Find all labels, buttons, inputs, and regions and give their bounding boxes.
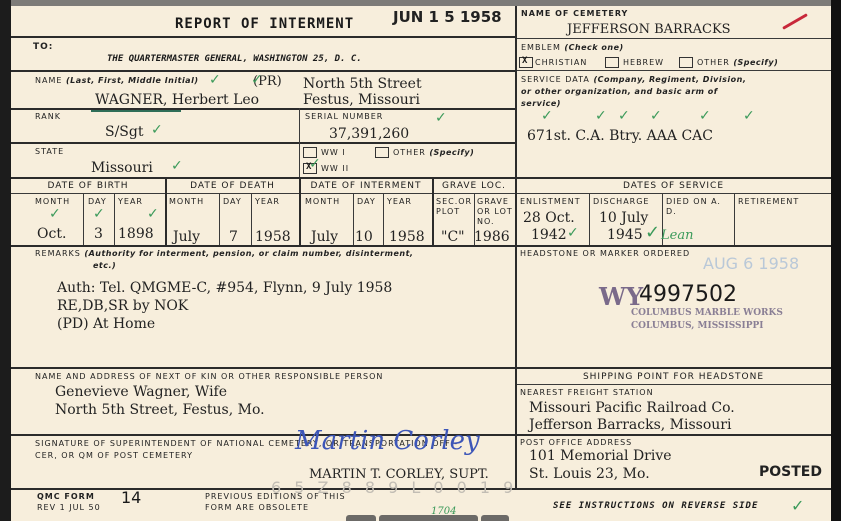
enlistment-label: ENLISTMENT bbox=[520, 197, 581, 206]
form-id-label: QMC FORM bbox=[37, 492, 95, 501]
rule bbox=[11, 36, 516, 38]
headstone-vendor-2: COLUMBUS, MISSISSIPPI bbox=[631, 321, 764, 331]
headstone-prefix-stamp: WY bbox=[599, 282, 643, 311]
month-label: MONTH bbox=[305, 197, 340, 206]
discharge-date-1: 10 July bbox=[599, 210, 648, 226]
obsolete-note-1: PREVIOUS EDITIONS OF THIS bbox=[205, 492, 346, 501]
handwritten-signature: Martin Corley bbox=[295, 426, 480, 456]
ww1-label: WW I bbox=[321, 148, 346, 157]
service-data-value: 671st. C.A. Btry. AAA CAC bbox=[527, 128, 713, 144]
viewer-toolbar-button[interactable] bbox=[379, 515, 478, 521]
check-mark-icon: ✓ bbox=[151, 122, 163, 138]
service-dates-header: DATES OF SERVICE bbox=[516, 181, 831, 191]
check-mark-icon: ✓ bbox=[309, 156, 321, 172]
hebrew-label: HEBREW bbox=[623, 58, 664, 67]
grave-lot: 1986 bbox=[474, 229, 510, 245]
discharge-date-2: 1945 bbox=[607, 227, 643, 243]
name-label: NAME (Last, First, Middle Initial) bbox=[35, 76, 198, 85]
name-hint: (Last, First, Middle Initial) bbox=[66, 76, 199, 85]
lot-label: GRAVE bbox=[477, 197, 509, 206]
check-mark-icon: ✓ bbox=[595, 108, 607, 124]
posted-stamp: POSTED bbox=[759, 464, 822, 480]
viewer-toolbar-button[interactable] bbox=[481, 515, 509, 521]
red-mark bbox=[782, 13, 808, 30]
rank-value: S/Sgt bbox=[105, 124, 144, 140]
rule bbox=[11, 177, 831, 179]
address-line-1: North 5th Street bbox=[303, 76, 422, 92]
died-ad-label: D. bbox=[666, 207, 677, 216]
lot-label: NO. bbox=[477, 217, 495, 226]
rule bbox=[516, 384, 831, 385]
post-office-label: POST OFFICE ADDRESS bbox=[520, 438, 632, 447]
remarks-line-1: Auth: Tel. QMGME-C, #954, Flynn, 9 July … bbox=[57, 280, 392, 296]
check-mark-icon: ✓ bbox=[541, 108, 553, 124]
shipping-header: SHIPPING POINT FOR HEADSTONE bbox=[516, 372, 831, 382]
remarks-line-2: RE,DB,SR by NOK bbox=[57, 298, 188, 314]
rule bbox=[11, 142, 516, 144]
service-data-hint: or other organization, and basic arm of bbox=[521, 87, 718, 96]
other-emblem-label: OTHER (Specify) bbox=[697, 58, 778, 67]
grave-header: GRAVE LOC. bbox=[433, 181, 515, 191]
ww2-label: WW II bbox=[321, 164, 349, 173]
divider bbox=[383, 193, 384, 245]
check-mark-icon: ✓ bbox=[699, 108, 711, 124]
check-mark-icon: ✓ bbox=[171, 158, 183, 174]
month-label: MONTH bbox=[35, 197, 70, 206]
divider bbox=[83, 193, 84, 245]
year-label: YEAR bbox=[255, 197, 280, 206]
rule bbox=[516, 434, 831, 436]
obsolete-note-2: FORM ARE OBSOLETE bbox=[205, 503, 309, 512]
birth-day: 3 bbox=[94, 226, 103, 242]
birth-header: DATE OF BIRTH bbox=[11, 181, 165, 191]
month-label: MONTH bbox=[169, 197, 204, 206]
deceased-name: WAGNER, Herbert Leo bbox=[95, 92, 259, 108]
interment-form: REPORT OF INTERMENT JUN 1 5 1958 TO: THE… bbox=[11, 6, 831, 521]
cemetery-value: JEFFERSON BARRACKS bbox=[567, 22, 731, 37]
divider bbox=[353, 193, 354, 245]
headstone-label: HEADSTONE OR MARKER ORDERED bbox=[520, 249, 690, 258]
freight-label: NEAREST FREIGHT STATION bbox=[520, 388, 654, 397]
serial-number-value: 37,391,260 bbox=[329, 126, 409, 142]
check-mark-icon: ✓ bbox=[251, 72, 263, 88]
state-value: Missouri bbox=[91, 160, 153, 176]
day-label: DAY bbox=[223, 197, 242, 206]
check-mark-icon: ✓ bbox=[49, 206, 61, 222]
state-label: STATE bbox=[35, 147, 64, 156]
divider bbox=[251, 193, 252, 245]
rule bbox=[11, 367, 831, 369]
remarks-label: REMARKS (Authority for interment, pensio… bbox=[35, 249, 413, 258]
remarks-hint: etc.) bbox=[93, 261, 116, 270]
check-mark-icon: ✓ bbox=[650, 108, 662, 124]
post-office-line-1: 101 Memorial Drive bbox=[529, 448, 672, 464]
enlistment-date-2: 1942 bbox=[531, 227, 567, 243]
check-mark-icon: ✓ bbox=[743, 108, 755, 124]
nok-line-2: North 5th Street, Festus, Mo. bbox=[55, 402, 265, 418]
service-data-hint: service) bbox=[521, 99, 561, 108]
rule bbox=[11, 70, 516, 72]
headstone-vendor-1: COLUMBUS MARBLE WORKS bbox=[631, 308, 783, 318]
headstone-date-stamp: AUG 6 1958 bbox=[703, 254, 799, 273]
post-office-line-2: St. Louis 23, Mo. bbox=[529, 466, 650, 482]
death-year: 1958 bbox=[255, 229, 291, 245]
interment-day: 10 bbox=[355, 229, 373, 245]
form-revision: REV 1 JUL 50 bbox=[37, 503, 101, 512]
remarks-line-3: (PD) At Home bbox=[57, 316, 155, 332]
day-label: DAY bbox=[88, 197, 107, 206]
form-number: 14 bbox=[121, 488, 141, 507]
cemetery-label: NAME OF CEMETERY bbox=[521, 9, 628, 18]
divider bbox=[734, 193, 735, 245]
christian-checkbox[interactable]: X bbox=[519, 57, 533, 68]
lot-label: OR LOT bbox=[477, 207, 513, 216]
divider bbox=[589, 193, 590, 245]
death-month: July bbox=[173, 229, 200, 245]
check-mark-icon: ✓ bbox=[147, 206, 159, 222]
divider bbox=[219, 193, 220, 245]
check-mark-icon: ✓ bbox=[567, 225, 579, 241]
viewer-toolbar-button[interactable] bbox=[346, 515, 376, 521]
column-divider bbox=[515, 6, 517, 489]
interment-header: DATE OF INTERMENT bbox=[300, 181, 432, 191]
to-label: TO: bbox=[33, 42, 53, 52]
grave-section: "C" bbox=[441, 229, 465, 245]
rule bbox=[516, 38, 831, 39]
section-label: SEC.OR bbox=[436, 197, 472, 206]
discharge-label: DISCHARGE bbox=[593, 197, 649, 206]
check-mark-icon: ✓ bbox=[209, 72, 221, 88]
check-mark-icon: ✓ bbox=[93, 206, 105, 222]
check-mark-icon: ✓ bbox=[618, 108, 630, 124]
address-line-2: Festus, Missouri bbox=[303, 92, 420, 108]
other-war-label: OTHER (Specify) bbox=[393, 148, 474, 157]
birth-year: 1898 bbox=[118, 226, 154, 242]
interment-year: 1958 bbox=[389, 229, 425, 245]
death-day: 7 bbox=[229, 229, 238, 245]
other-emblem-checkbox[interactable] bbox=[679, 57, 693, 68]
rank-label: RANK bbox=[35, 112, 61, 121]
rule bbox=[11, 245, 831, 247]
enlistment-date-1: 28 Oct. bbox=[523, 210, 575, 226]
retirement-label: RETIREMENT bbox=[738, 197, 799, 206]
rule bbox=[516, 70, 831, 71]
service-data-label: SERVICE DATA (Company, Regiment, Divisio… bbox=[521, 75, 746, 84]
to-value: THE QUARTERMASTER GENERAL, WASHINGTON 25… bbox=[107, 54, 362, 64]
viewer-left-border bbox=[0, 0, 11, 521]
check-mark-icon: ✓ bbox=[435, 110, 447, 126]
nok-label: NAME AND ADDRESS OF NEXT OF KIN OR OTHER… bbox=[35, 372, 383, 381]
nok-line-1: Genevieve Wagner, Wife bbox=[55, 384, 227, 400]
check-mark-icon: ✓ bbox=[645, 222, 660, 243]
other-war-checkbox[interactable] bbox=[375, 147, 389, 158]
handwritten-note: Lean bbox=[661, 228, 693, 243]
received-date-stamp: JUN 1 5 1958 bbox=[393, 8, 502, 26]
death-header: DATE OF DEATH bbox=[166, 181, 299, 191]
christian-label: CHRISTIAN bbox=[535, 58, 587, 67]
viewer-right-border bbox=[831, 0, 841, 521]
section-label: PLOT bbox=[436, 207, 460, 216]
died-ad-label: DIED ON A. bbox=[666, 197, 721, 206]
headstone-number: 4997502 bbox=[639, 282, 737, 307]
check-mark-icon: ✓ bbox=[791, 496, 804, 515]
year-label: YEAR bbox=[118, 197, 143, 206]
underline-mark bbox=[91, 110, 181, 112]
signature-label-2: CER, OR QM OF POST CEMETERY bbox=[35, 451, 193, 460]
divider bbox=[299, 108, 300, 178]
serial-number-label: SERIAL NUMBER bbox=[305, 112, 383, 121]
interment-month: July bbox=[311, 229, 338, 245]
day-label: DAY bbox=[357, 197, 376, 206]
hebrew-checkbox[interactable] bbox=[605, 57, 619, 68]
instructions-note: SEE INSTRUCTIONS ON REVERSE SIDE bbox=[553, 501, 758, 511]
name-label-text: NAME bbox=[35, 76, 62, 85]
freight-line-1: Missouri Pacific Railroad Co. bbox=[529, 400, 735, 416]
form-title: REPORT OF INTERMENT bbox=[175, 16, 354, 32]
emblem-label: EMBLEM (Check one) bbox=[521, 43, 624, 52]
birth-month: Oct. bbox=[37, 226, 66, 242]
rule bbox=[11, 193, 831, 194]
year-label: YEAR bbox=[387, 197, 412, 206]
divider bbox=[114, 193, 115, 245]
freight-line-2: Jefferson Barracks, Missouri bbox=[529, 417, 731, 433]
